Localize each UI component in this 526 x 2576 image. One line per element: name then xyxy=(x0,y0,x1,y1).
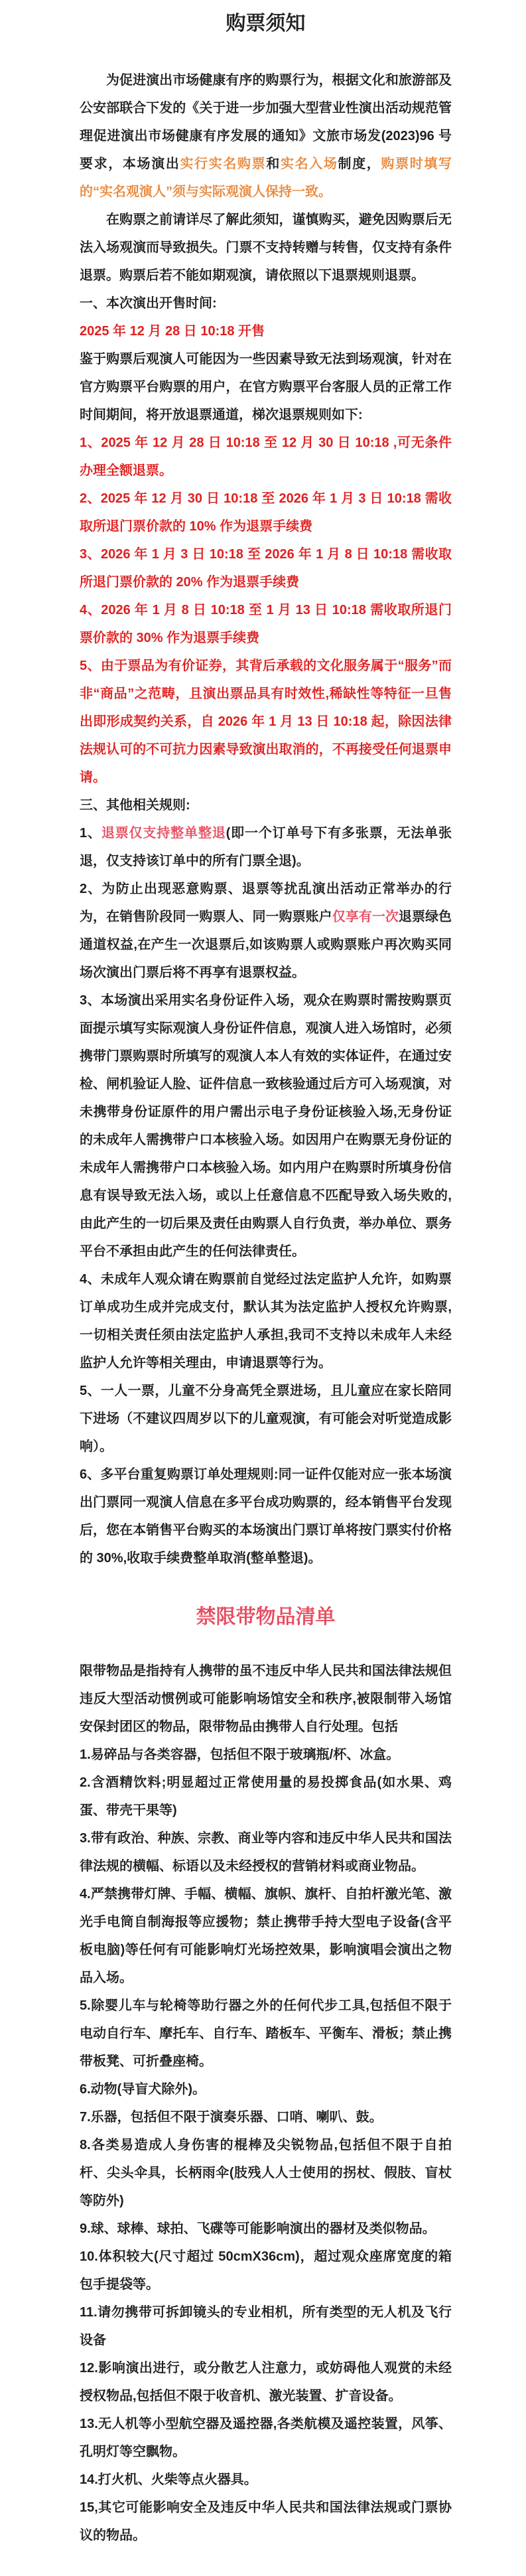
text-run: 1.易碎品与各类容器，包括但不限于玻璃瓶/杯、冰盒。 xyxy=(80,1747,399,1762)
text-run: 3、本场演出采用实名身份证件入场，观众在购票时需按购票页面提示填写实际观演人身份… xyxy=(80,993,452,1259)
paragraph: 12.影响演出进行，或分散艺人注意力，或妨碍他人观赏的未经授权物品,包括但不限于… xyxy=(80,2354,452,2410)
paragraph: 三、其他相关规则: xyxy=(80,791,452,819)
paragraph: 15,其它可能影响安全及违反中华人民共和国法律法规或门票协议的物品。 xyxy=(80,2494,452,2549)
text-run: 一、本次演出开售时间: xyxy=(80,296,217,311)
text-run: 2、2025 年 12 月 30 日 10:18 至 2026 年 1 月 3 … xyxy=(80,491,452,534)
text-run: 仅享有一次 xyxy=(332,910,399,924)
text-run: 退票仅支持整单整退 xyxy=(101,826,226,841)
text-run: 鉴于购票后观演人可能因为一些因素导致无法到场观演，针对在官方购票平台购票的用户，… xyxy=(80,352,452,422)
paragraph: 14.打火机、火柴等点火器具。 xyxy=(80,2466,452,2494)
paragraph: 限带物品是指持有人携带的虽不违反中华人民共和国法律法规但违反大型活动惯例或可能影… xyxy=(80,1657,452,1741)
paragraph: 1、退票仅支持整单整退(即一个订单号下有多张票，无法单张退，仅支持该订单中的所有… xyxy=(80,819,452,875)
paragraph: 2.含酒精饮料;明显超过正常使用量的易投掷食品(如水果、鸡蛋、带壳干果等) xyxy=(80,1769,452,1824)
section2-body: 限带物品是指持有人携带的虽不违反中华人民共和国法律法规但违反大型活动惯例或可能影… xyxy=(80,1657,452,2549)
paragraph: 2、2025 年 12 月 30 日 10:18 至 2026 年 1 月 3 … xyxy=(80,485,452,540)
text-run: 5、一人一票，儿童不分身高凭全票进场，且儿童应在家长陪同下进场（不建议四周岁以下… xyxy=(80,1384,452,1454)
text-run: 13.无人机等小型航空器及遥控器,各类航模及遥控装置，风筝、孔明灯等空飘物。 xyxy=(80,2417,452,2459)
text-run: 4.严禁携带灯牌、手幅、横幅、旗帜、旗杆、自拍杆激光笔、激光手电筒自制海报等应援… xyxy=(80,1887,452,1985)
text-run: 实名入场 xyxy=(281,157,338,171)
paragraph: 4.严禁携带灯牌、手幅、横幅、旗帜、旗杆、自拍杆激光笔、激光手电筒自制海报等应援… xyxy=(80,1880,452,1992)
text-run: 1、 xyxy=(80,826,101,841)
text-run: 和 xyxy=(266,157,281,171)
paragraph: 5、一人一票，儿童不分身高凭全票进场，且儿童应在家长陪同下进场（不建议四周岁以下… xyxy=(80,1377,452,1461)
paragraph: 10.体积较大(尺寸超过 50cmX36cm)，超过观众座席宽度的箱包手提袋等。 xyxy=(80,2243,452,2298)
text-run: 4、2026 年 1 月 8 日 10:18 至 1 月 13 日 10:18 … xyxy=(80,603,452,645)
text-run: 制度， xyxy=(338,157,381,171)
text-run: 4、未成年人观众请在购票前自觉经过法定监护人允许，如购票订单成功生成并完成支付，… xyxy=(80,1272,452,1370)
text-run: 12.影响演出进行，或分散艺人注意力，或妨碍他人观赏的未经授权物品,包括但不限于… xyxy=(80,2361,452,2403)
text-run: 6.动物(导盲犬除外)。 xyxy=(80,2082,206,2097)
text-run: 3、2026 年 1 月 3 日 10:18 至 2026 年 1 月 8 日 … xyxy=(80,547,452,590)
text-run: 5、由于票品为有价证券，其背后承载的文化服务属于“服务”而非“商品”之范畴，且演… xyxy=(80,659,452,785)
paragraph: 4、未成年人观众请在购票前自觉经过法定监护人允许，如购票订单成功生成并完成支付，… xyxy=(80,1265,452,1377)
paragraph: 9.球、球棒、球拍、飞碟等可能影响演出的器材及类似物品。 xyxy=(80,2215,452,2243)
text-run: 9.球、球棒、球拍、飞碟等可能影响演出的器材及类似物品。 xyxy=(80,2221,436,2236)
paragraph: 5、由于票品为有价证券，其背后承载的文化服务属于“服务”而非“商品”之范畴，且演… xyxy=(80,652,452,791)
purchase-notice-document: 购票须知 为促进演出市场健康有序的购票行为，根据文化和旅游部及公安部联合下发的《… xyxy=(0,0,526,2576)
text-run: 实行实名购票 xyxy=(180,157,266,171)
text-run: 7.乐器，包括但不限于演奏乐器、口哨、喇叭、鼓。 xyxy=(80,2110,383,2125)
paragraph: 2、为防止出现恶意购票、退票等扰乱演出活动正常举办的行为，在销售阶段同一购票人、… xyxy=(80,875,452,987)
paragraph: 在购票之前请详尽了解此须知，谨慎购买，避免因购票后无法入场观演而导致损失。门票不… xyxy=(80,206,452,289)
section1-title: 购票须知 xyxy=(80,8,452,40)
text-run: 10.体积较大(尺寸超过 50cmX36cm)，超过观众座席宽度的箱包手提袋等。 xyxy=(80,2249,452,2292)
text-run: 2025 年 12 月 28 日 10:18 开售 xyxy=(80,324,265,339)
text-run: 14.打火机、火柴等点火器具。 xyxy=(80,2472,257,2487)
paragraph: 3、本场演出采用实名身份证件入场，观众在购票时需按购票页面提示填写实际观演人身份… xyxy=(80,987,452,1265)
text-run: 三、其他相关规则: xyxy=(80,798,190,813)
paragraph: 3、2026 年 1 月 3 日 10:18 至 2026 年 1 月 8 日 … xyxy=(80,540,452,596)
paragraph: 3.带有政治、种族、宗教、商业等内容和违反中华人民共和国法律法规的横幅、标语以及… xyxy=(80,1824,452,1880)
text-run: 3.带有政治、种族、宗教、商业等内容和违反中华人民共和国法律法规的横幅、标语以及… xyxy=(80,1831,452,1874)
paragraph: 6.动物(导盲犬除外)。 xyxy=(80,2075,452,2103)
paragraph: 4、2026 年 1 月 8 日 10:18 至 1 月 13 日 10:18 … xyxy=(80,596,452,652)
paragraph: 7.乐器，包括但不限于演奏乐器、口哨、喇叭、鼓。 xyxy=(80,2103,452,2131)
text-run: 2.含酒精饮料;明显超过正常使用量的易投掷食品(如水果、鸡蛋、带壳干果等) xyxy=(80,1775,452,1818)
paragraph: 2025 年 12 月 28 日 10:18 开售 xyxy=(80,317,452,345)
paragraph: 13.无人机等小型航空器及遥控器,各类航模及遥控装置，风筝、孔明灯等空飘物。 xyxy=(80,2410,452,2466)
paragraph: 8.各类易造成人身伤害的棍棒及尖锐物品,包括但不限于自拍杆、尖头伞具，长柄雨伞(… xyxy=(80,2131,452,2215)
paragraph: 为促进演出市场健康有序的购票行为，根据文化和旅游部及公安部联合下发的《关于进一步… xyxy=(80,66,452,206)
section1-body: 为促进演出市场健康有序的购票行为，根据文化和旅游部及公安部联合下发的《关于进一步… xyxy=(80,66,452,1572)
text-run: 1、2025 年 12 月 28 日 10:18 至 12 月 30 日 10:… xyxy=(80,436,452,478)
text-run: 5.除婴儿车与轮椅等助行器之外的任何代步工具,包括但不限于电动自行车、摩托车、自… xyxy=(80,1998,452,2069)
section2-title: 禁限带物品清单 xyxy=(80,1601,452,1633)
text-run: 6、多平台重复购票订单处理规则:同一证件仅能对应一张本场演出门票同一观演人信息在… xyxy=(80,1467,452,1566)
paragraph: 1.易碎品与各类容器，包括但不限于玻璃瓶/杯、冰盒。 xyxy=(80,1741,452,1769)
text-run: 在购票之前请详尽了解此须知，谨慎购买，避免因购票后无法入场观演而导致损失。门票不… xyxy=(80,212,452,283)
text-run: 限带物品是指持有人携带的虽不违反中华人民共和国法律法规但违反大型活动惯例或可能影… xyxy=(80,1664,452,1734)
paragraph: 一、本次演出开售时间: xyxy=(80,289,452,317)
text-run: 11.请勿携带可拆卸镜头的专业相机，所有类型的无人机及飞行设备 xyxy=(80,2305,452,2348)
paragraph: 1、2025 年 12 月 28 日 10:18 至 12 月 30 日 10:… xyxy=(80,429,452,485)
text-run: 8.各类易造成人身伤害的棍棒及尖锐物品,包括但不限于自拍杆、尖头伞具，长柄雨伞(… xyxy=(80,2138,452,2208)
paragraph: 5.除婴儿车与轮椅等助行器之外的任何代步工具,包括但不限于电动自行车、摩托车、自… xyxy=(80,1992,452,2075)
paragraph: 鉴于购票后观演人可能因为一些因素导致无法到场观演，针对在官方购票平台购票的用户，… xyxy=(80,345,452,429)
paragraph: 11.请勿携带可拆卸镜头的专业相机，所有类型的无人机及飞行设备 xyxy=(80,2298,452,2354)
text-run: 15,其它可能影响安全及违反中华人民共和国法律法规或门票协议的物品。 xyxy=(80,2500,452,2543)
paragraph: 6、多平台重复购票订单处理规则:同一证件仅能对应一张本场演出门票同一观演人信息在… xyxy=(80,1461,452,1572)
